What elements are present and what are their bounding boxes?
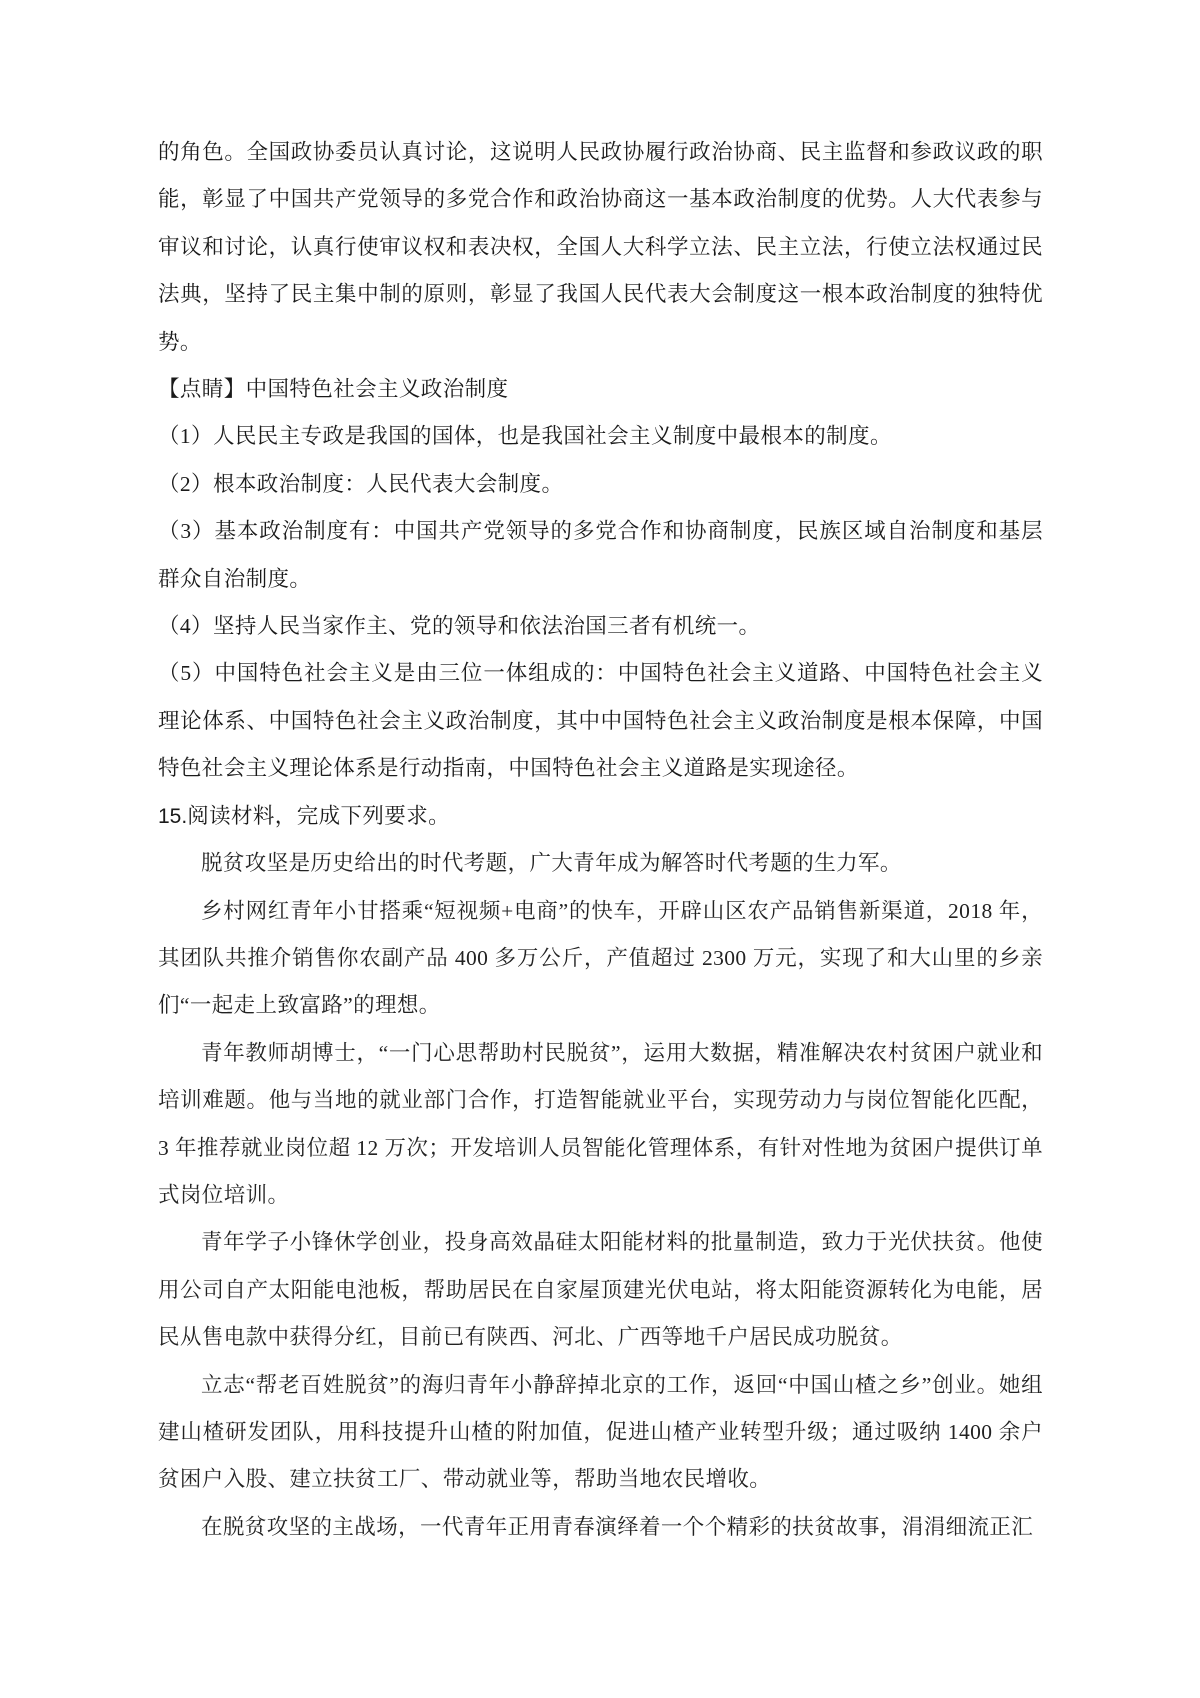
material-paragraph-xiaojing: 立志“帮老百姓脱贫”的海归青年小静辞掉北京的工作，返回“中国山楂之乡”创业。她组… — [158, 1362, 1043, 1504]
note-point-3: （3）基本政治制度有：中国共产党领导的多党合作和协商制度，民族区域自治制度和基层… — [158, 508, 1043, 603]
question-stem: 阅读材料，完成下列要求。 — [187, 804, 450, 828]
question-15-line: 15.阅读材料，完成下列要求。 — [158, 793, 1043, 840]
question-number: 15. — [158, 805, 187, 828]
note-point-2: （2）根本政治制度：人民代表大会制度。 — [158, 461, 1043, 508]
material-paragraph-xiaofeng: 青年学子小锋休学创业，投身高效晶硅太阳能材料的批量制造，致力于光伏扶贫。他使用公… — [158, 1219, 1043, 1361]
note-heading: 【点睛】中国特色社会主义政治制度 — [158, 366, 1043, 413]
document-page: 的角色。全国政协委员认真讨论，这说明人民政协履行政治协商、民主监督和参政议政的职… — [0, 0, 1200, 1698]
note-point-1: （1）人民民主专政是我国的国体，也是我国社会主义制度中最根本的制度。 — [158, 413, 1043, 460]
answer-continuation-text: 的角色。全国政协委员认真讨论，这说明人民政协履行政治协商、民主监督和参政议政的职… — [158, 129, 1043, 366]
note-point-5: （5）中国特色社会主义是由三位一体组成的：中国特色社会主义道路、中国特色社会主义… — [158, 650, 1043, 792]
material-paragraph-closing: 在脱贫攻坚的主战场，一代青年正用青春演绎着一个个精彩的扶贫故事，涓涓细流正汇 — [158, 1504, 1043, 1551]
note-point-4: （4）坚持人民当家作主、党的领导和依法治国三者有机统一。 — [158, 603, 1043, 650]
material-paragraph-intro: 脱贫攻坚是历史给出的时代考题，广大青年成为解答时代考题的生力军。 — [158, 840, 1043, 887]
material-paragraph-xiaogan: 乡村网红青年小甘搭乘“短视频+电商”的快车，开辟山区农产品销售新渠道，2018 … — [158, 888, 1043, 1030]
material-paragraph-hu-boshi: 青年教师胡博士，“一门心思帮助村民脱贫”，运用大数据，精准解决农村贫困户就业和培… — [158, 1030, 1043, 1220]
